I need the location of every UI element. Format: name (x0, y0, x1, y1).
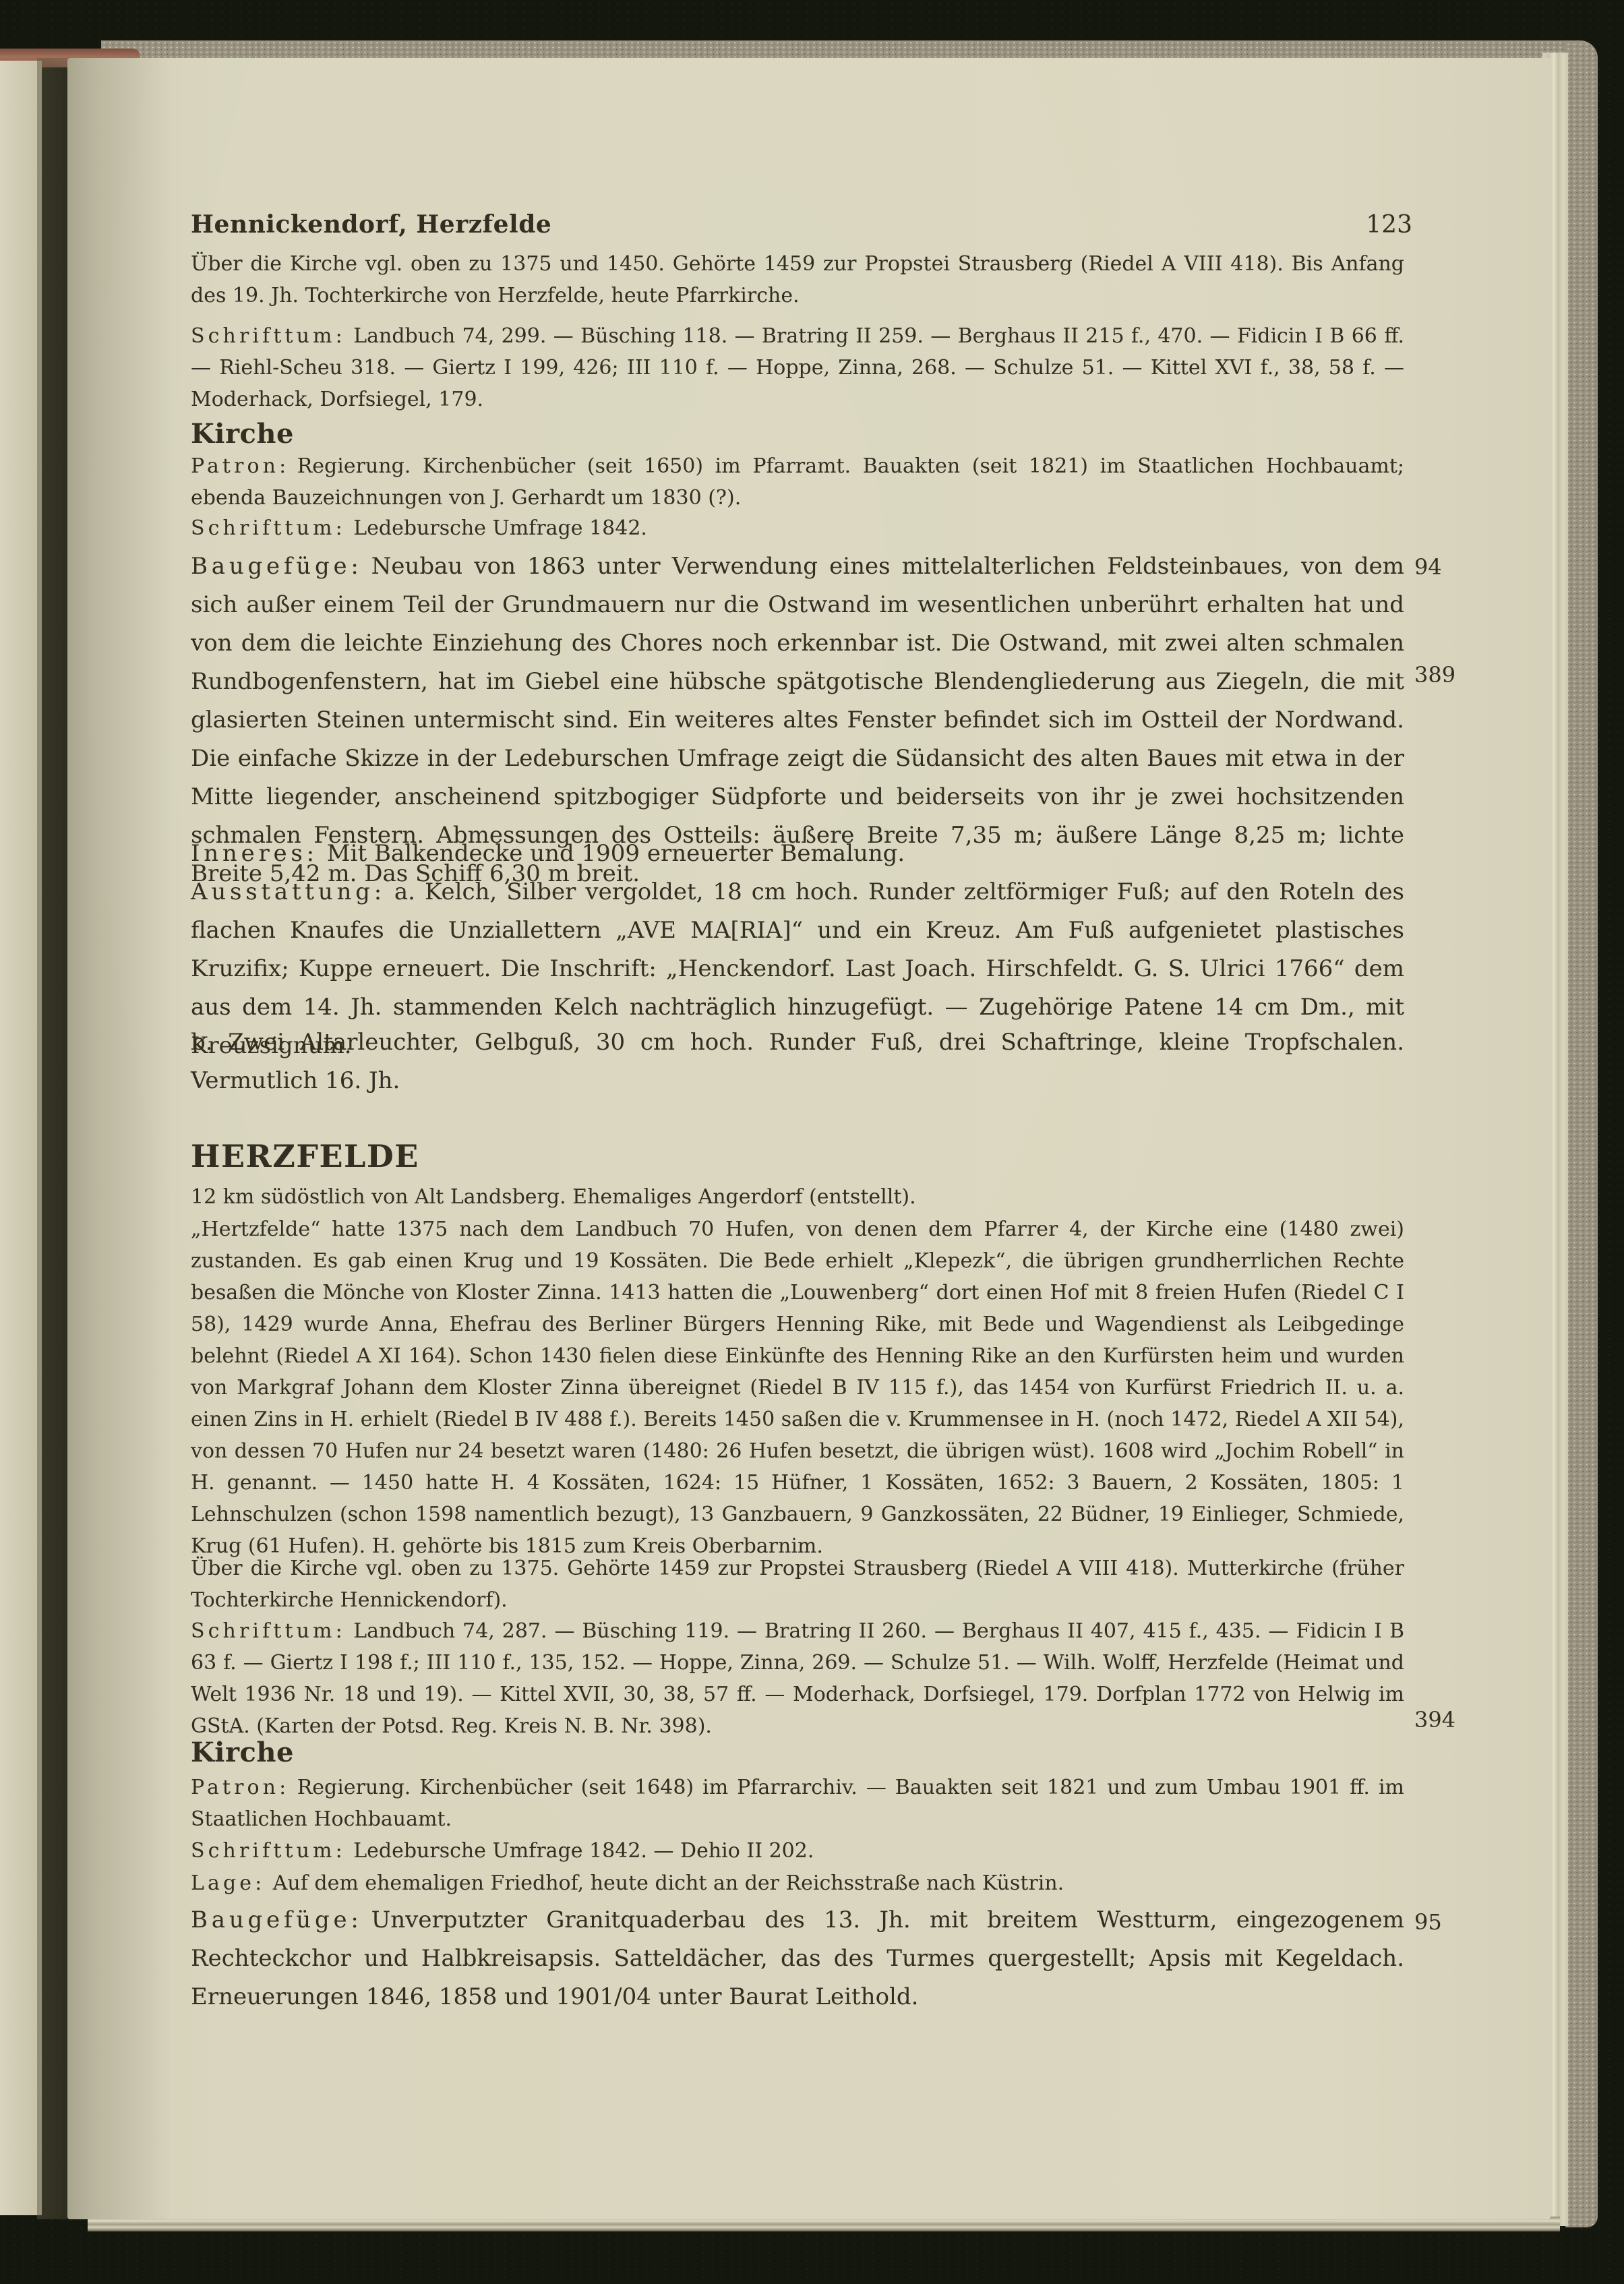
herzfelde-schrifttum-paragraph: Schrifttum:Landbuch 74, 287. — Büsching … (191, 1615, 1404, 1742)
lage-label: Lage: (191, 1871, 265, 1895)
hennickendorf-patron-paragraph: Patron:Regierung. Kirchenbücher (seit 16… (191, 450, 1404, 514)
hennickendorf-intro-paragraph: Über die Kirche vgl. oben zu 1375 und 14… (191, 248, 1404, 311)
paragraph-text: Landbuch 74, 287. — Büsching 119. — Brat… (191, 1619, 1404, 1738)
book-photograph: Hennickendorf, Herzfelde 123 Über die Ki… (0, 0, 1624, 2284)
ausstattung-label: Ausstattung: (191, 878, 386, 905)
paragraph-text: „Hertzfelde“ hatte 1375 nach dem Landbuc… (191, 1218, 1404, 1558)
paragraph-text: Über die Kirche vgl. oben zu 1375 und 14… (191, 252, 1404, 307)
paragraph-text: Mit Balkendecke und 1909 erneuerter Bema… (327, 840, 905, 867)
running-head: Hennickendorf, Herzfelde (191, 210, 551, 239)
inneres-label: Inneres: (191, 840, 318, 867)
page-header-row: Hennickendorf, Herzfelde 123 (191, 210, 1412, 239)
hennickendorf-ausstattung-b-paragraph: b. Zwei Altarleuchter, Gelbguß, 30 cm ho… (191, 1023, 1404, 1100)
margin-number: 394 (1414, 1707, 1455, 1733)
hennickendorf-schrifttum2-paragraph: Schrifttum:Ledebursche Umfrage 1842. (191, 512, 1404, 544)
herzfelde-history-paragraph: „Hertzfelde“ hatte 1375 nach dem Landbuc… (191, 1213, 1404, 1562)
herzfelde-patron-paragraph: Patron:Regierung. Kirchenbücher (seit 16… (191, 1772, 1404, 1835)
paragraph-text: Über die Kirche vgl. oben zu 1375. Gehör… (191, 1557, 1404, 1612)
herzfelde-kirche-note-paragraph: Über die Kirche vgl. oben zu 1375. Gehör… (191, 1553, 1404, 1616)
paragraph-text: Regierung. Kirchenbücher (seit 1650) im … (191, 454, 1404, 510)
paragraph-text: Ledebursche Umfrage 1842. — Dehio II 202… (353, 1839, 814, 1863)
paragraph-text: Auf dem ehemaligen Friedhof, heute dicht… (273, 1871, 1064, 1895)
herzfelde-schrifttum2-paragraph: Schrifttum:Ledebursche Umfrage 1842. — D… (191, 1835, 1404, 1867)
herzfelde-baugefuege-paragraph: Baugefüge:Unverputzter Granitquaderbau d… (191, 1901, 1404, 2016)
baugefuege-label: Baugefüge: (191, 553, 363, 580)
paragraph-text: Ledebursche Umfrage 1842. (353, 516, 647, 540)
paragraph-text: Landbuch 74, 299. — Büsching 118. — Brat… (191, 324, 1404, 411)
paragraph-text: Unverputzter Granitquaderbau des 13. Jh.… (191, 1906, 1404, 2010)
paragraph-text: 12 km südöstlich von Alt Landsberg. Ehem… (191, 1185, 916, 1209)
paragraph-text: Regierung. Kirchenbücher (seit 1648) im … (191, 1776, 1404, 1831)
page-content: Hennickendorf, Herzfelde 123 Über die Ki… (0, 0, 1624, 2284)
margin-number: 95 (1414, 1909, 1442, 1935)
herzfelde-lage-paragraph: Lage:Auf dem ehemaligen Friedhof, heute … (191, 1867, 1404, 1899)
section-heading-herzfelde: HERZFELDE (191, 1138, 1404, 1174)
hennickendorf-inneres-paragraph: Inneres:Mit Balkendecke und 1909 erneuer… (191, 835, 1404, 873)
schrifttum-label: Schrifttum: (191, 324, 346, 348)
hennickendorf-schrifttum-paragraph: Schrifttum:Landbuch 74, 299. — Büsching … (191, 320, 1404, 415)
schrifttum-label: Schrifttum: (191, 516, 346, 540)
schrifttum-label: Schrifttum: (191, 1839, 346, 1863)
baugefuege-label: Baugefüge: (191, 1906, 363, 1933)
herzfelde-situation-paragraph: 12 km südöstlich von Alt Landsberg. Ehem… (191, 1181, 1404, 1213)
margin-number: 389 (1414, 662, 1455, 688)
margin-number: 94 (1414, 554, 1442, 580)
section-heading-kirche-hennickendorf: Kirche (191, 418, 1404, 450)
patron-label: Patron: (191, 454, 289, 478)
schrifttum-label: Schrifttum: (191, 1619, 346, 1643)
paragraph-text: b. Zwei Altarleuchter, Gelbguß, 30 cm ho… (191, 1029, 1404, 1094)
page-number: 123 (1366, 211, 1412, 239)
patron-label: Patron: (191, 1776, 289, 1799)
section-heading-kirche-herzfelde: Kirche (191, 1737, 1404, 1768)
